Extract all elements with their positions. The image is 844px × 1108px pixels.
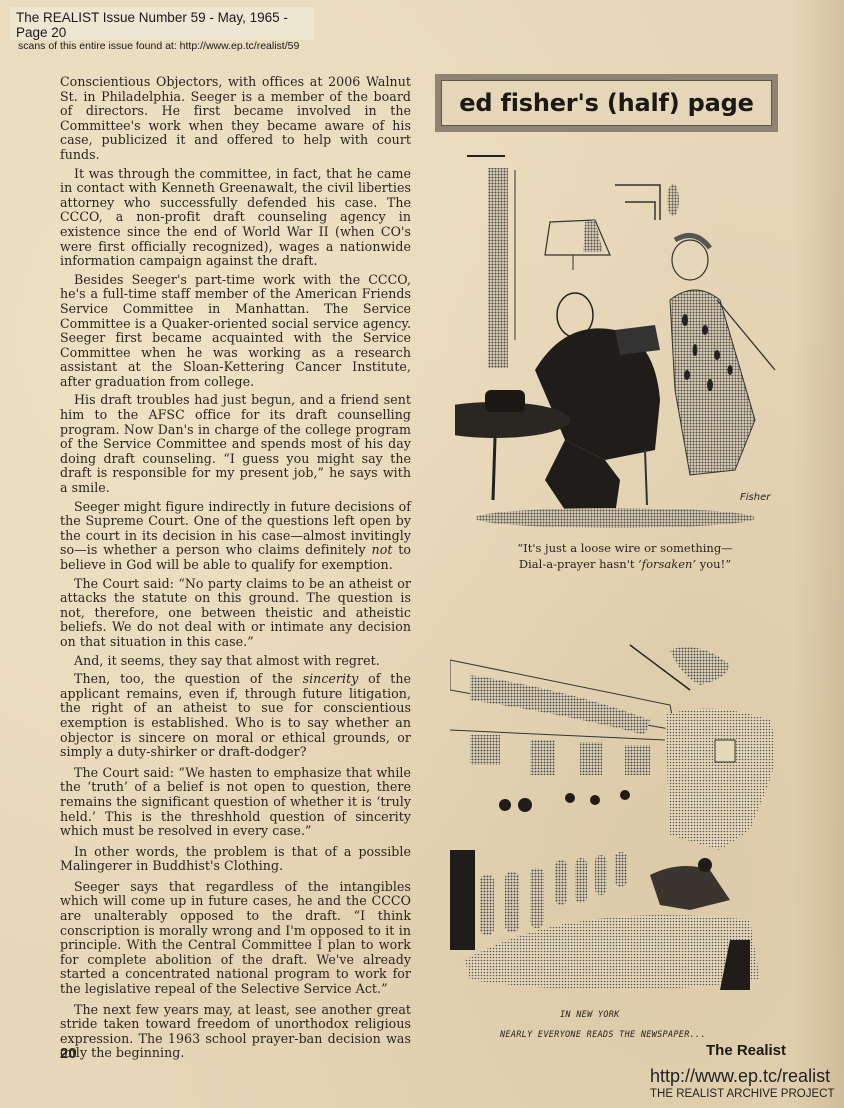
article-paragraph: The next few years may, at least, see an… — [60, 1003, 411, 1061]
article-paragraph: His draft troubles had just begun, and a… — [60, 393, 411, 495]
feature-title: ed fisher's (half) page — [459, 89, 753, 117]
feature-title-box: ed fisher's (half) page — [435, 74, 778, 132]
article-paragraph: Then, too, the question of the sincerity… — [60, 672, 411, 760]
cartoon-illustration: Fisher — [455, 140, 795, 530]
caption-text: Dial-a-prayer hasn't — [519, 557, 638, 571]
article-paragraph: The Court said: “We hasten to emphasize … — [60, 766, 411, 839]
page-number: 20 — [60, 1045, 77, 1062]
article-paragraph: The Court said: “No party claims to be a… — [60, 577, 411, 650]
article-paragraph: Besides Seeger's part-time work with the… — [60, 273, 411, 390]
article-paragraph: And, it seems, they say that almost with… — [60, 654, 411, 669]
caption-emphasis: ‘forsaken’ — [638, 557, 696, 571]
archive-project-name: THE REALIST ARCHIVE PROJECT — [650, 1088, 834, 1100]
caption-text: you!” — [696, 557, 731, 571]
article-paragraph: In other words, the problem is that of a… — [60, 845, 411, 874]
cartoon-subway-newspaper — [450, 620, 790, 1005]
emphasis: not — [372, 542, 393, 557]
archive-header: The REALIST Issue Number 59 - May, 1965 … — [10, 7, 314, 40]
publication-name: The Realist — [706, 1042, 786, 1059]
emphasis: sincerity — [303, 671, 359, 686]
article-paragraph: Conscientious Objectors, with offices at… — [60, 75, 411, 163]
caption-line: IN NEW YORK — [480, 1005, 780, 1025]
issue-source-link[interactable]: scans of this entire issue found at: htt… — [16, 40, 314, 52]
issue-title: The REALIST Issue Number 59 - May, 1965 … — [16, 10, 314, 40]
caption-line: Dial-a-prayer hasn't ‘forsaken’ you!” — [455, 556, 795, 572]
cartoonist-signature: Fisher — [740, 492, 771, 503]
article-paragraph: It was through the committee, in fact, t… — [60, 167, 411, 269]
cartoon-dial-a-prayer: Fisher — [455, 140, 795, 530]
article-paragraph: Seeger might figure indirectly in future… — [60, 500, 411, 573]
cartoon-illustration — [450, 620, 790, 1005]
cartoon2-caption: IN NEW YORK NEARLY EVERYONE READS THE NE… — [480, 1005, 780, 1045]
article-column: Conscientious Objectors, with offices at… — [60, 75, 411, 1065]
cartoon1-caption: “It's just a loose wire or something— Di… — [455, 540, 795, 572]
caption-line: “It's just a loose wire or something— — [455, 540, 795, 556]
article-paragraph: Seeger says that regardless of the intan… — [60, 880, 411, 997]
paragraph-text: Then, too, the question of the — [74, 671, 293, 686]
paragraph-text: Seeger might figure indirectly in future… — [60, 499, 411, 558]
archive-url-link[interactable]: http://www.ep.tc/realist — [650, 1066, 830, 1087]
